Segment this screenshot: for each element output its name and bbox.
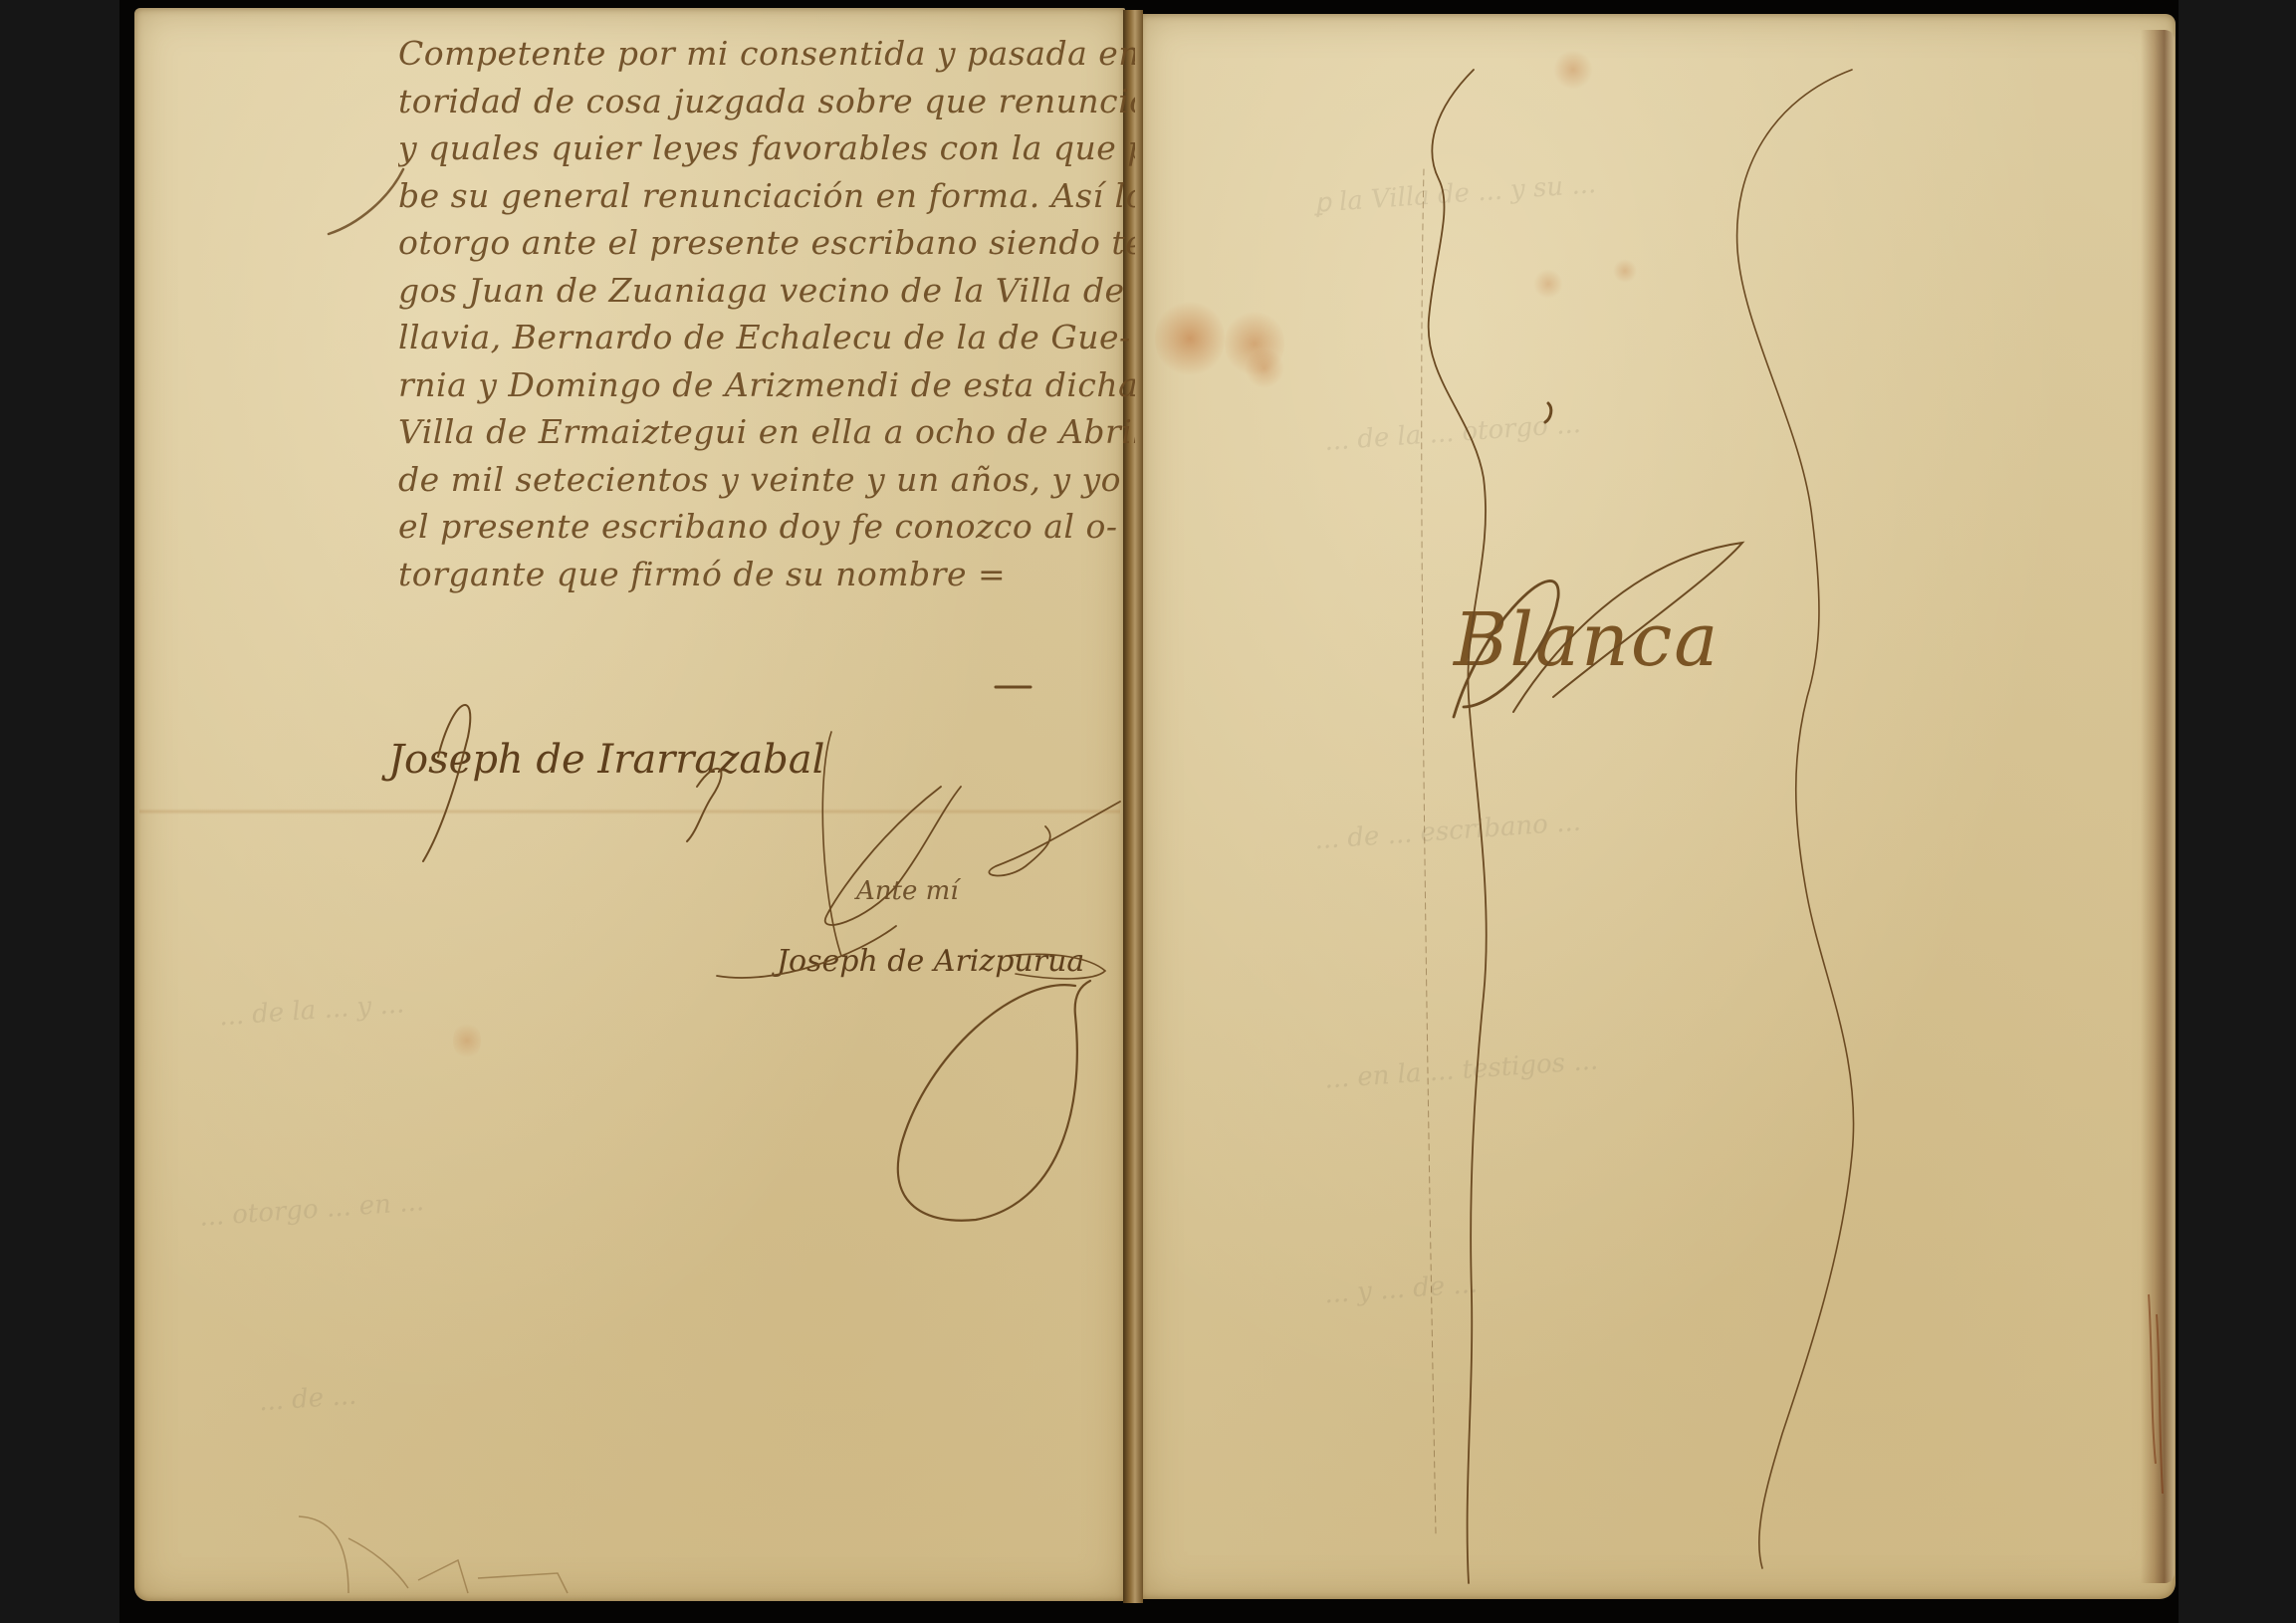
manuscript-line: llavia, Bernardo de Echalecu de la de Gu… [398, 314, 1135, 361]
manuscript-line: de mil setecientos y veinte y un años, y… [398, 456, 1135, 504]
manuscript-text: Competente por mi consentida y pasada en… [398, 30, 1135, 597]
manuscript-line: Competente por mi consentida y pasada en… [398, 30, 1135, 78]
foxing-stain [453, 1021, 481, 1060]
right-page [1140, 14, 2176, 1599]
page-stack-edge [2141, 30, 2175, 1583]
fold-crease [139, 809, 1120, 814]
signature-notary: Joseph de Arizpurua [777, 944, 1084, 979]
signature-grantor: Joseph de Irarrazabal [388, 737, 824, 783]
manuscript-line: torgante que firmó de su nombre = [398, 551, 1135, 598]
manuscript-line: toridad de cosa juzgada sobre que renunc… [398, 78, 1135, 125]
scan-viewport: ꝑ la Villa de ... y su ... ... de la ...… [0, 0, 2296, 1623]
signature-ante-mi: Ante mí [856, 876, 959, 906]
foxing-stain [1533, 269, 1563, 299]
manuscript-line: el presente escribano doy fe conozco al … [398, 503, 1135, 551]
manuscript-line: rnia y Domingo de Arizmendi de esta dich… [398, 361, 1135, 409]
manuscript-line: otorgo ante el presente escribano siendo… [398, 219, 1135, 267]
manuscript-line: Villa de Ermaiztegui en ella a ocho de A… [398, 408, 1135, 456]
foxing-stain [1553, 50, 1593, 90]
foxing-stain [1155, 299, 1225, 378]
blank-page-annotation: Blanca [1454, 597, 1720, 683]
foxing-stain [1613, 259, 1637, 283]
foxing-stain [1245, 348, 1284, 388]
manuscript-line: be su general renunciación en forma. Así… [398, 172, 1135, 220]
manuscript-line: gos Juan de Zuaniaga vecino de la Villa … [398, 267, 1135, 315]
manuscript-line: y quales quier leyes favorables con la q… [398, 124, 1135, 172]
